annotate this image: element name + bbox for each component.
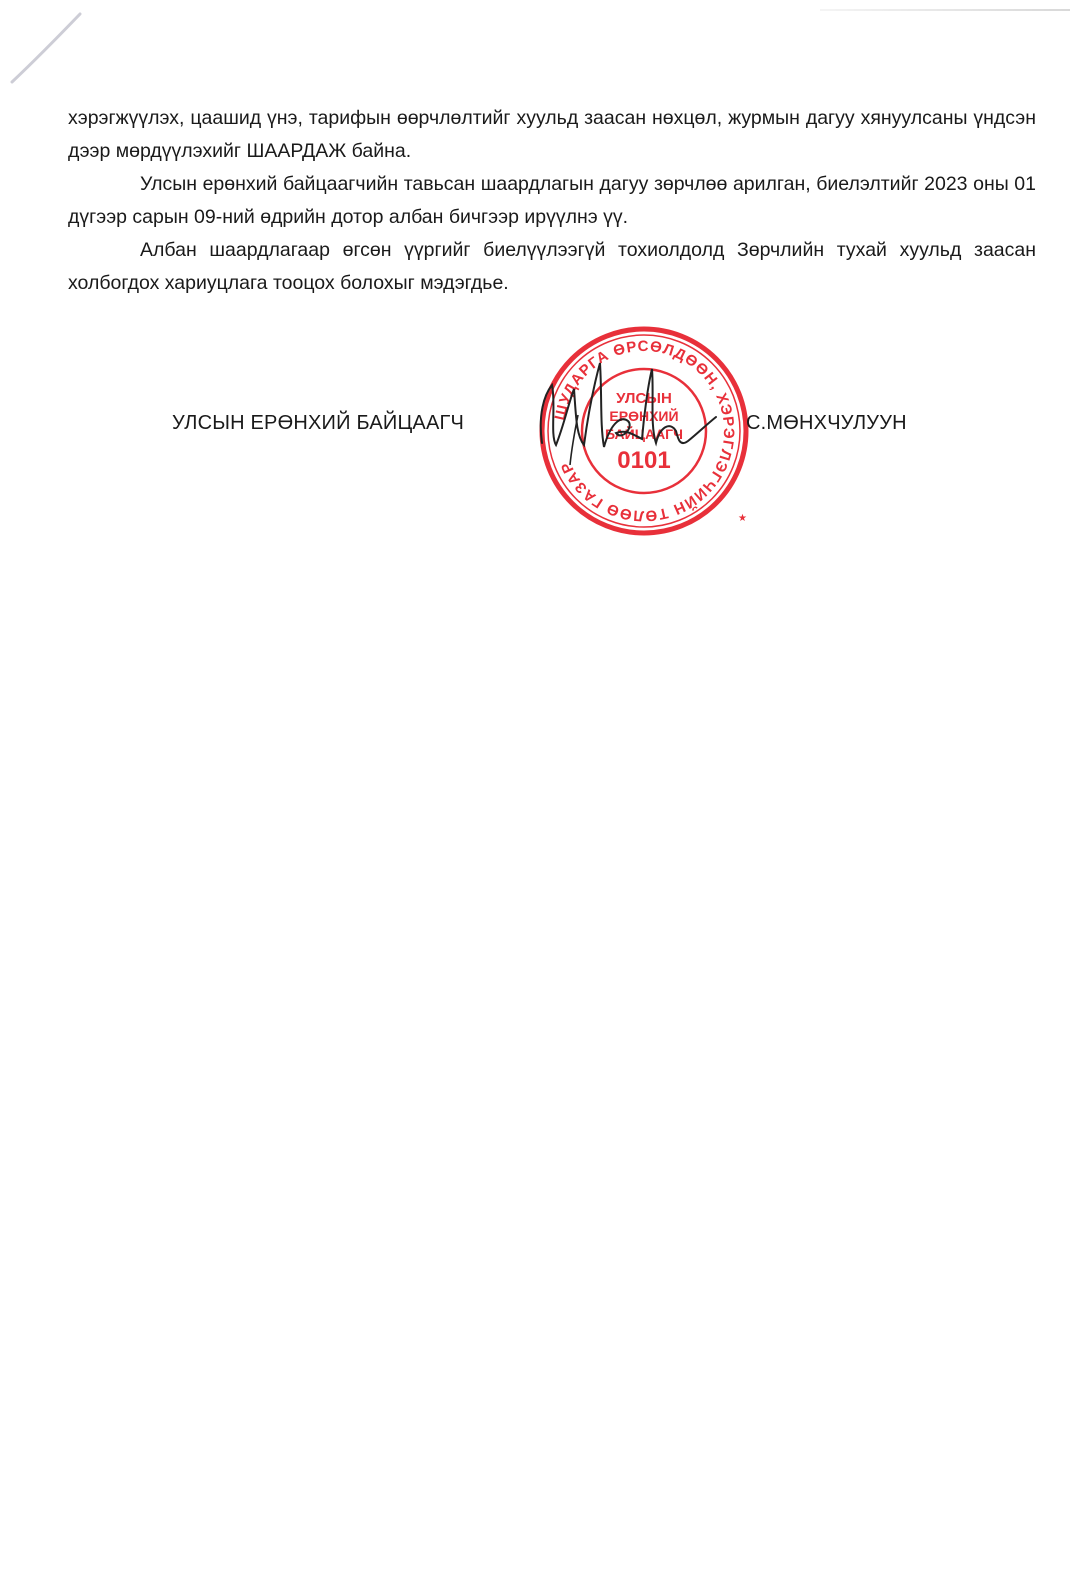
scan-artifact-top-edge [820, 9, 1070, 11]
signatory-title: УЛСЫН ЕРӨНХИЙ БАЙЦААГЧ [172, 412, 464, 435]
scan-artifact-line [10, 10, 90, 90]
paragraph-warning: Албан шаардлагаар өгсөн үүргийг биелүүлэ… [68, 234, 1036, 300]
signatory-name: С.МӨНХЧУЛУУН [746, 412, 907, 435]
paragraph-continuation: хэрэгжүүлэх, цаашид үнэ, тарифын өөрчлөл… [68, 102, 1036, 168]
letter-body: хэрэгжүүлэх, цаашид үнэ, тарифын өөрчлөл… [68, 102, 1036, 300]
paragraph-deadline: Улсын ерөнхий байцаагчийн тавьсан шаардл… [68, 168, 1036, 234]
signature-row: УЛСЫН ЕРӨНХИЙ БАЙЦААГЧ С.МӨНХЧУЛУУН [0, 412, 1080, 452]
svg-text:★: ★ [738, 513, 747, 524]
